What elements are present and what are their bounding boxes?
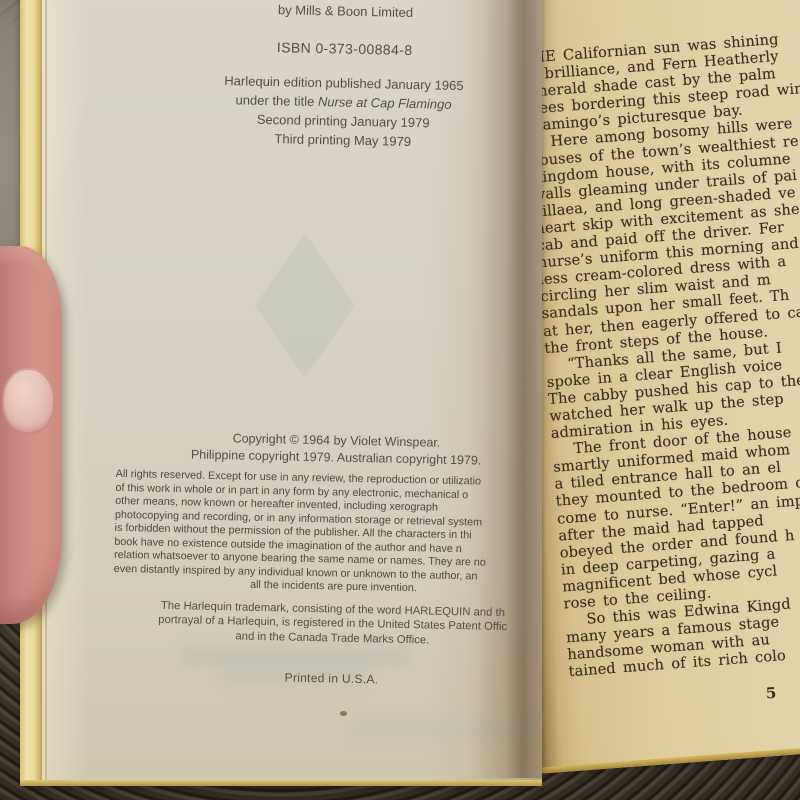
- harlequin-edition-line2-prefix: under the title: [235, 92, 318, 109]
- copyright-block: Copyright © 1964 by Violet Winspear. Phi…: [116, 428, 557, 471]
- harlequin-edition-block: Harlequin edition published January 1965…: [123, 69, 564, 154]
- thumb-nail: [2, 368, 55, 434]
- printed-in-usa-line: Printed in U.S.A.: [111, 667, 551, 690]
- isbn-line: ISBN 0-373-00884-8: [125, 36, 565, 61]
- right-page-bottom-edge: [539, 736, 800, 774]
- edition-block: Original hardcover edition published in …: [125, 0, 566, 25]
- rights-paragraph: All rights reserved. Except for use in a…: [114, 468, 556, 585]
- page-number: 5: [765, 684, 777, 703]
- trademark-paragraph: The Harlequin trademark, consisting of t…: [112, 597, 553, 650]
- photo-open-paperback-book: { "left_page": { "edition_block": "Origi…: [0, 0, 800, 800]
- copyright-page-text: Original hardcover edition published in …: [111, 0, 566, 690]
- original-title-italic: Nurse at Cap Flamingo: [318, 94, 452, 112]
- chapter-heading: C H A: [596, 0, 800, 2]
- left-page: Original hardcover edition published in …: [20, 0, 542, 786]
- thumb: [0, 246, 62, 624]
- paper-speck: [340, 711, 347, 716]
- showthrough-smudge: [350, 723, 530, 735]
- left-page-bottom-edge: [20, 780, 542, 786]
- right-page-body-text: THE Californian sun was shining al brill…: [522, 22, 800, 681]
